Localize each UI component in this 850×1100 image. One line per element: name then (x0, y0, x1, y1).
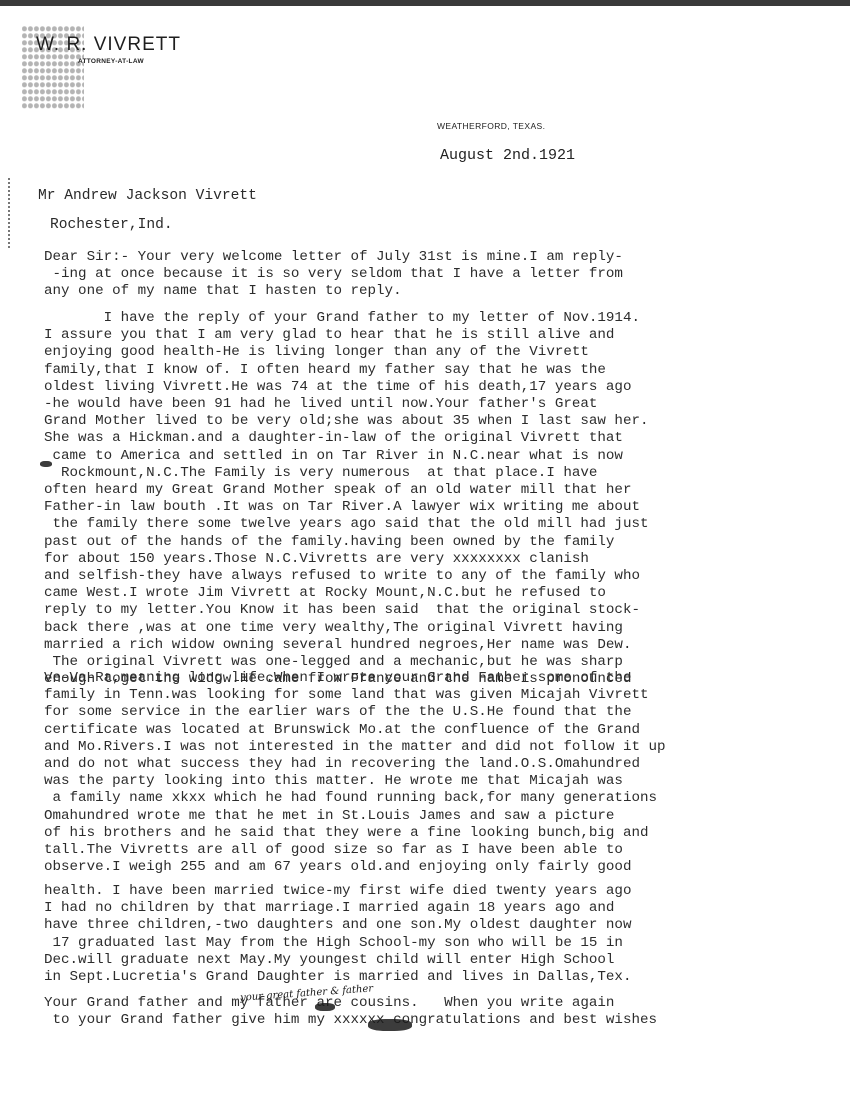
paragraph-personal-family: health. I have been married twice-my fir… (44, 883, 844, 986)
strikeout-scribble (315, 1003, 335, 1011)
strikeout-scribble (40, 461, 52, 467)
text-line: came to America and settled in on Tar Ri… (44, 448, 844, 465)
text-line: She was a Hickman.and a daughter-in-law … (44, 430, 844, 447)
text-line: for some service in the earlier wars of … (44, 704, 844, 721)
addressee-name: Mr Andrew Jackson Vivrett (38, 188, 257, 204)
text-line: was the party looking into this matter. … (44, 773, 844, 790)
text-line: I have the reply of your Grand father to… (44, 310, 844, 327)
paragraph-family-history: I have the reply of your Grand father to… (44, 310, 844, 688)
text-line: certificate was located at Brunswick Mo.… (44, 722, 844, 739)
text-line: often heard my Great Grand Mother speak … (44, 482, 844, 499)
text-line: I had no children by that marriage.I mar… (44, 900, 844, 917)
text-line: -ing at once because it is so very seldo… (44, 266, 844, 283)
paragraph-land-search: Ve-Va-Ra,meaning long life.When I wrote … (44, 670, 844, 876)
text-line: and do not what success they had in reco… (44, 756, 844, 773)
text-line: enjoying good health-He is living longer… (44, 344, 844, 361)
text-line: the family there some twelve years ago s… (44, 516, 844, 533)
letter-date: August 2nd.1921 (440, 147, 575, 164)
text-line: back there ,was at one time very wealthy… (44, 620, 844, 637)
text-line: I assure you that I am very glad to hear… (44, 327, 844, 344)
text-line: and Mo.Rivers.I was not interested in th… (44, 739, 844, 756)
text-line: family,that I know of. I often heard my … (44, 362, 844, 379)
text-line: -he would have been 91 had he lived unti… (44, 396, 844, 413)
strikeout-scribble (368, 1019, 412, 1031)
text-line: health. I have been married twice-my fir… (44, 883, 844, 900)
text-line: any one of my name that I hasten to repl… (44, 283, 844, 300)
text-line: to your Grand father give him my xxxxxx … (44, 1012, 844, 1029)
scan-top-edge (0, 0, 850, 6)
text-line: and selfish-they have always refused to … (44, 568, 844, 585)
text-line: of his brothers and he said that they we… (44, 825, 844, 842)
text-line: Your Grand father and my father are cous… (44, 995, 844, 1012)
text-line: Dear Sir:- Your very welcome letter of J… (44, 249, 844, 266)
text-line: in Sept.Lucretia's Grand Daughter is mar… (44, 969, 844, 986)
letterhead-title: ATTORNEY-AT-LAW (78, 58, 144, 65)
text-line: Rockmount,N.C.The Family is very numerou… (44, 465, 844, 482)
addressee-city: Rochester,Ind. (50, 217, 173, 233)
letterhead-name: W. R. VIVRETT (36, 34, 181, 56)
text-line: a family name xkxx which he had found ru… (44, 790, 844, 807)
text-line: reply to my letter.You Know it has been … (44, 602, 844, 619)
paragraph-closing: Your Grand father and my father are cous… (44, 995, 844, 1029)
text-line: Father-in law bouth .It was on Tar River… (44, 499, 844, 516)
text-line: came West.I wrote Jim Vivrett at Rocky M… (44, 585, 844, 602)
text-line: Grand Mother lived to be very old;she wa… (44, 413, 844, 430)
text-line: Omahundred wrote me that he met in St.Lo… (44, 808, 844, 825)
text-line: family in Tenn.was looking for some land… (44, 687, 844, 704)
text-line: past out of the hands of the family.havi… (44, 534, 844, 551)
letterhead-place: WEATHERFORD, TEXAS. (437, 121, 545, 131)
text-line: Ve-Va-Ra,meaning long life.When I wrote … (44, 670, 844, 687)
text-line: Dec.will graduate next May.My youngest c… (44, 952, 844, 969)
text-line: 17 graduated last May from the High Scho… (44, 935, 844, 952)
text-line: married a rich widow owning several hund… (44, 637, 844, 654)
letterhead: W. R. VIVRETT ATTORNEY-AT-LAW (22, 26, 222, 116)
text-line: observe.I weigh 255 and am 67 years old.… (44, 859, 844, 876)
margin-punch-marks (8, 178, 16, 248)
text-line: have three children,-two daughters and o… (44, 917, 844, 934)
text-line: The original Vivrett was one-legged and … (44, 654, 844, 671)
text-line: oldest living Vivrett.He was 74 at the t… (44, 379, 844, 396)
paragraph-salutation: Dear Sir:- Your very welcome letter of J… (44, 249, 844, 301)
text-line: tall.The Vivretts are all of good size s… (44, 842, 844, 859)
text-line: for about 150 years.Those N.C.Vivretts a… (44, 551, 844, 568)
